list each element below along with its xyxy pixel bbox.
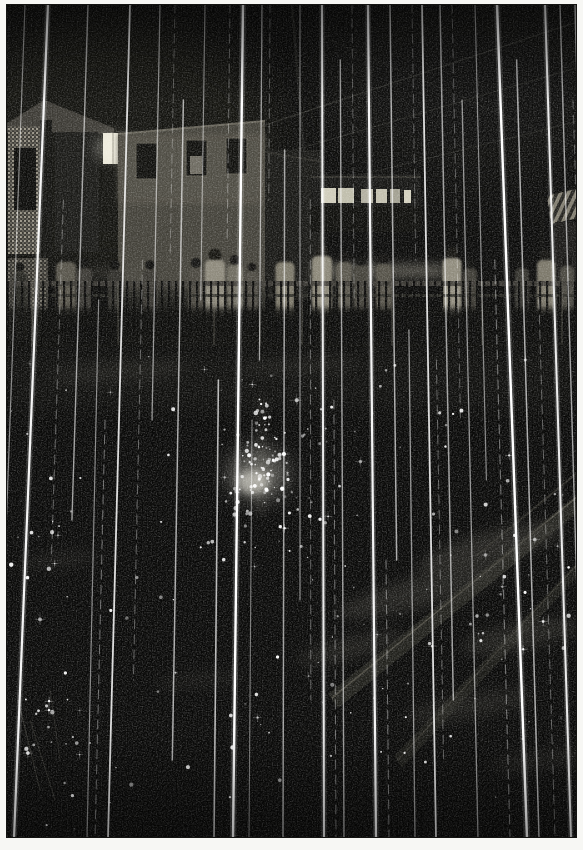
panel-content bbox=[0, 0, 583, 838]
vignette-top bbox=[6, 4, 577, 104]
film-grain-overlay bbox=[6, 4, 577, 838]
manga-panel bbox=[0, 0, 583, 850]
vignette-bottom bbox=[6, 728, 577, 838]
page bbox=[0, 0, 583, 850]
rain-scene-svg bbox=[0, 0, 583, 850]
